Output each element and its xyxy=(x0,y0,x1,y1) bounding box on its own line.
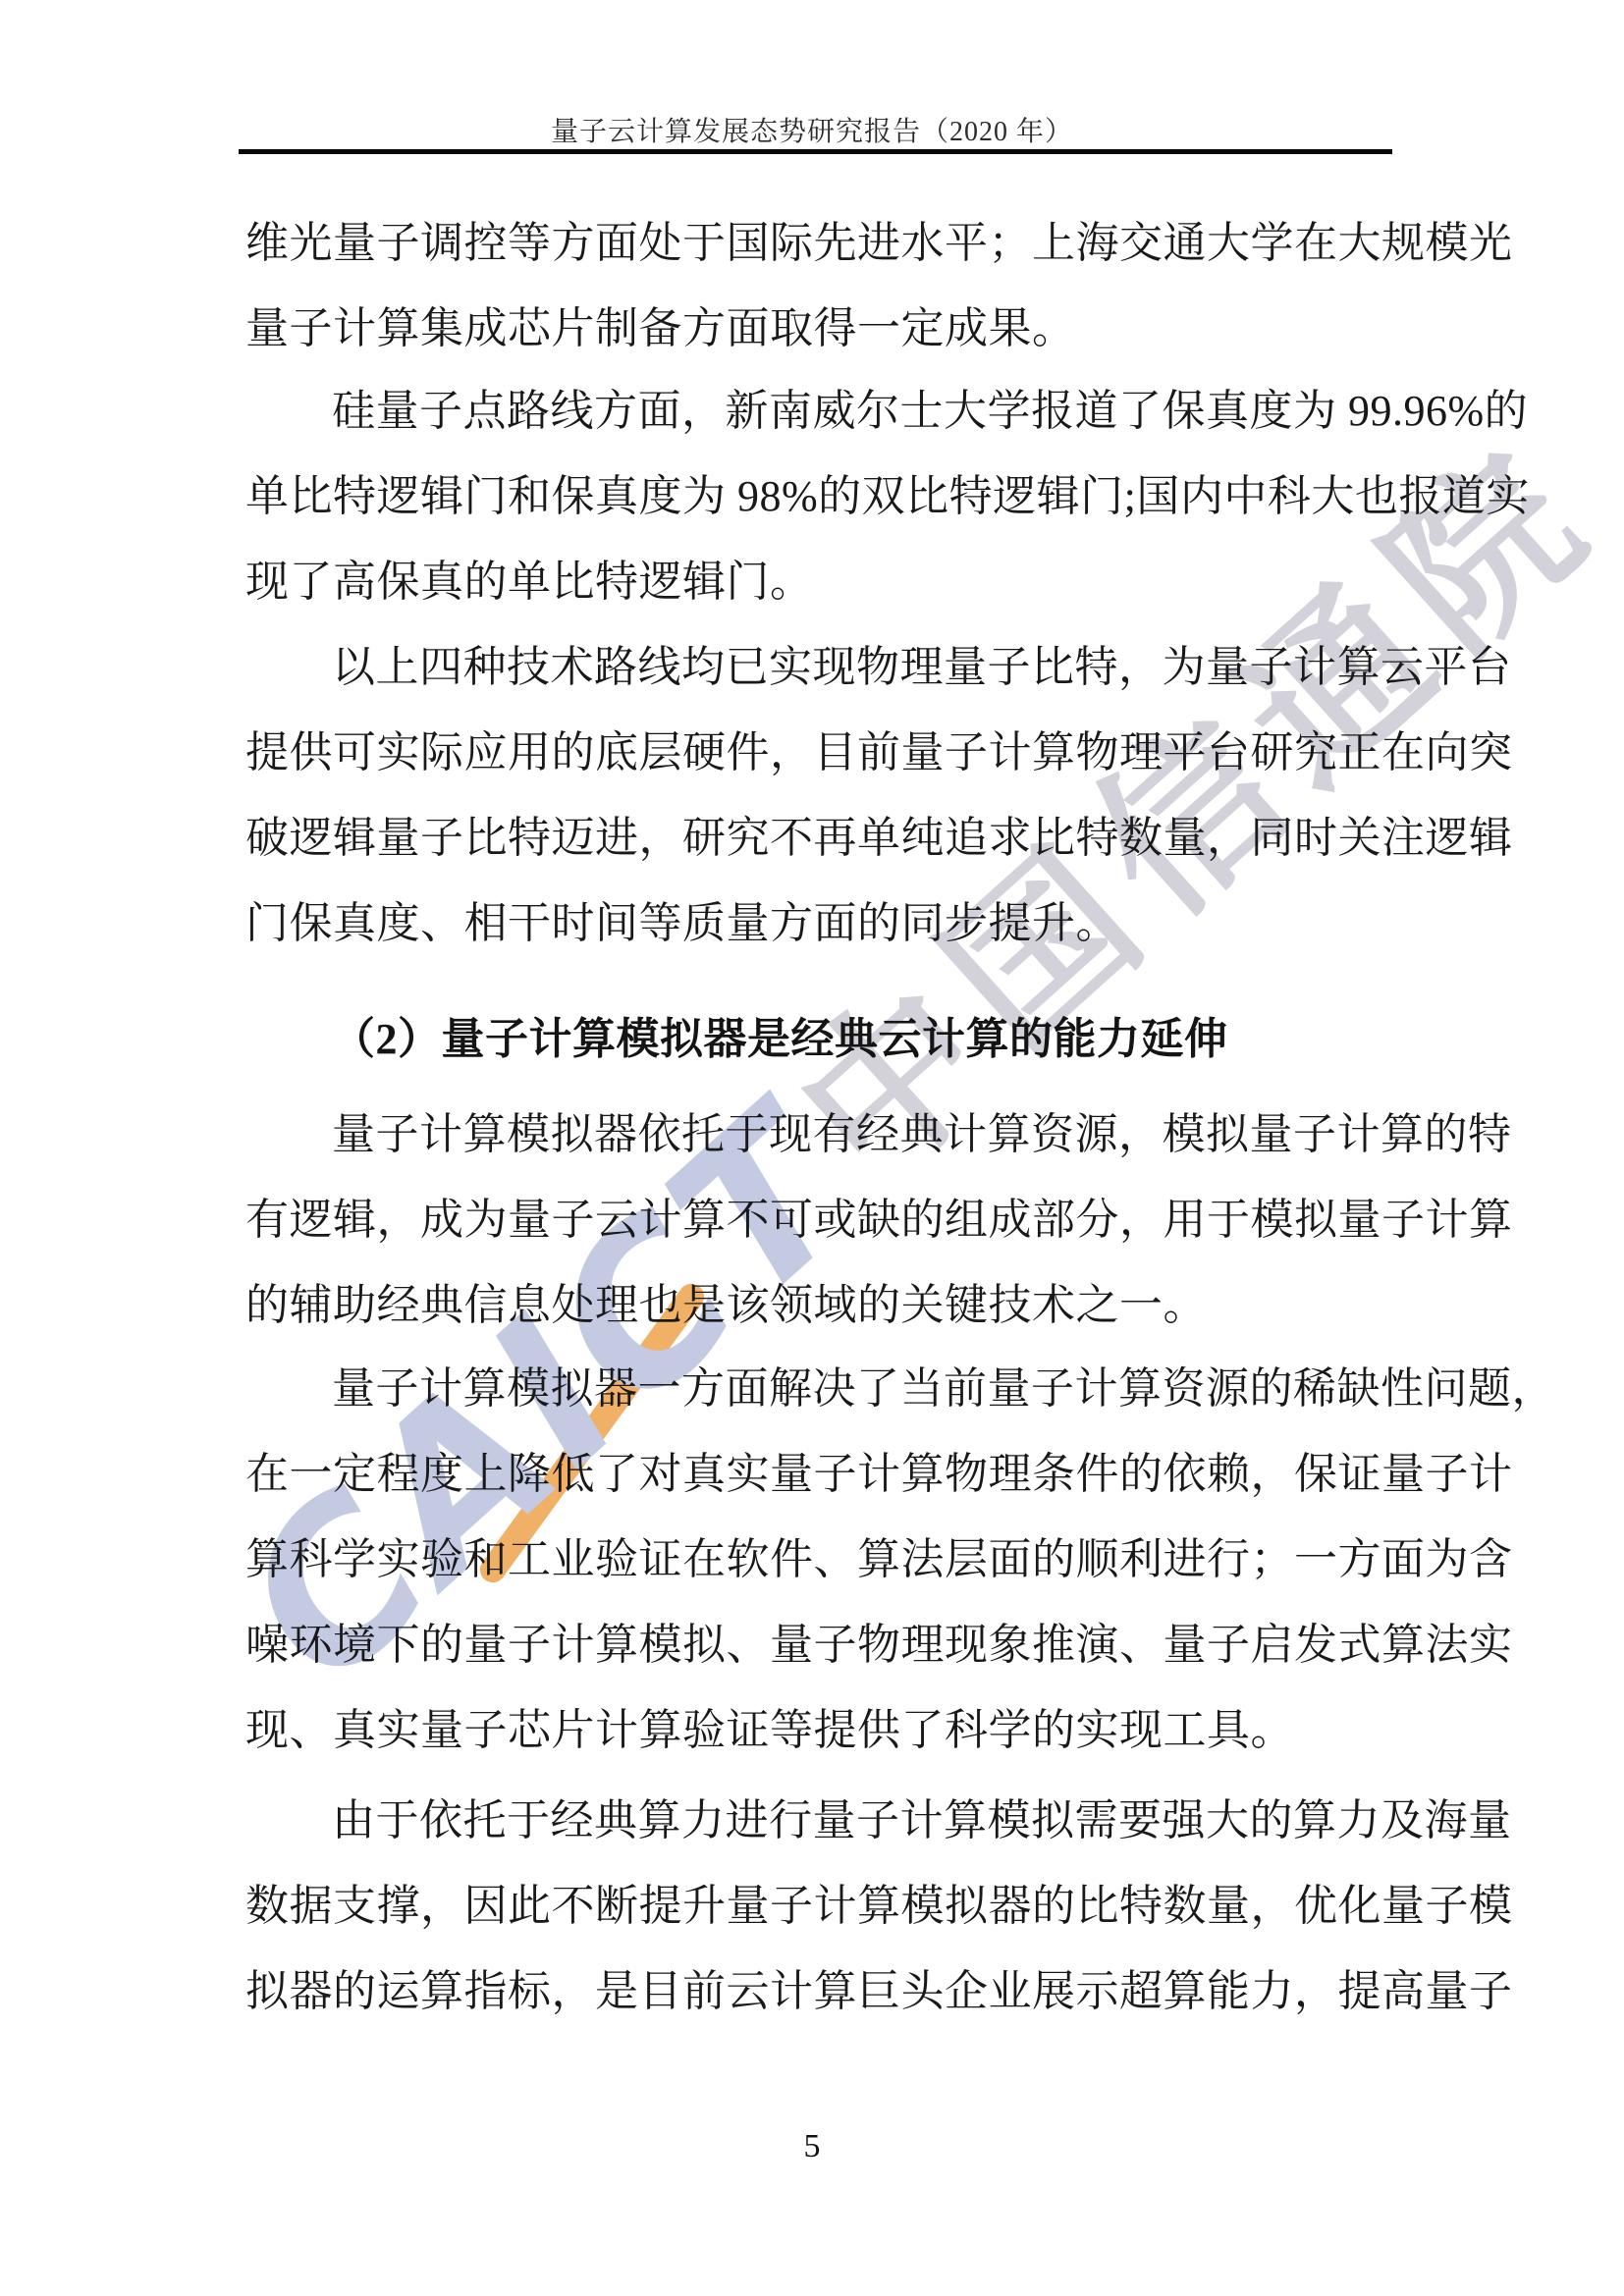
text-line: 量子计算集成芯片制备方面取得一定成果。 xyxy=(245,286,1389,371)
paragraph-6: 由于依托于经典算力进行量子计算模拟需要强大的算力及海量 数据支撑，因此不断提升量… xyxy=(245,1778,1389,2034)
subsection-heading: （2）量子计算模拟器是经典云计算的能力延伸 xyxy=(245,996,1389,1082)
text-line: 噪环境下的量子计算模拟、量子物理现象推演、量子启发式算法实 xyxy=(245,1602,1389,1687)
paragraph-1: 维光量子调控等方面处于国际先进水平；上海交通大学在大规模光 量子计算集成芯片制备… xyxy=(245,200,1389,371)
text-line: 现、真实量子芯片计算验证等提供了科学的实现工具。 xyxy=(245,1687,1389,1773)
text-line: 由于依托于经典算力进行量子计算模拟需要强大的算力及海量 xyxy=(245,1778,1389,1863)
text-line: 现了高保真的单比特逻辑门。 xyxy=(245,539,1389,624)
text-line: 维光量子调控等方面处于国际先进水平；上海交通大学在大规模光 xyxy=(245,200,1389,286)
paragraph-3: 以上四种技术路线均已实现物理量子比特，为量子计算云平台 提供可实际应用的底层硬件… xyxy=(245,624,1389,966)
text-line: 有逻辑，成为量子云计算不可或缺的组成部分，用于模拟量子计算 xyxy=(245,1177,1389,1262)
text-line: 量子计算模拟器依托于现有经典计算资源，模拟量子计算的特 xyxy=(245,1092,1389,1177)
text-line: 拟器的运算指标，是目前云计算巨头企业展示超算能力，提高量子 xyxy=(245,1949,1389,2034)
document-page: CAICT 中国信通院 量子云计算发展态势研究报告（2020 年） 维光量子调控… xyxy=(0,0,1624,2296)
text-line: 的辅助经典信息处理也是该领域的关键技术之一。 xyxy=(245,1262,1389,1348)
text-line: 单比特逻辑门和保真度为 98%的双比特逻辑门;国内中科大也报道实 xyxy=(245,454,1389,539)
text-line: 提供可实际应用的底层硬件，目前量子计算物理平台研究正在向突 xyxy=(245,710,1389,795)
paragraph-2: 硅量子点路线方面，新南威尔士大学报道了保真度为 99.96%的 单比特逻辑门和保… xyxy=(245,368,1389,624)
paragraph-4: 量子计算模拟器依托于现有经典计算资源，模拟量子计算的特 有逻辑，成为量子云计算不… xyxy=(245,1092,1389,1348)
paragraph-5: 量子计算模拟器一方面解决了当前量子计算资源的稀缺性问题， 在一定程度上降低了对真… xyxy=(245,1346,1389,1773)
text-line: 以上四种技术路线均已实现物理量子比特，为量子计算云平台 xyxy=(245,624,1389,710)
text-line: 破逻辑量子比特迈进，研究不再单纯追求比特数量，同时关注逻辑 xyxy=(245,795,1389,881)
text-line: 在一定程度上降低了对真实量子计算物理条件的依赖，保证量子计 xyxy=(245,1431,1389,1517)
text-line: 量子计算模拟器一方面解决了当前量子计算资源的稀缺性问题， xyxy=(245,1346,1389,1431)
header-rule xyxy=(239,149,1392,154)
text-line: 算科学实验和工业验证在软件、算法层面的顺利进行；一方面为含 xyxy=(245,1517,1389,1602)
header-title: 量子云计算发展态势研究报告（2020 年） xyxy=(0,110,1624,149)
text-line: 门保真度、相干时间等质量方面的同步提升。 xyxy=(245,881,1389,966)
heading-line: （2）量子计算模拟器是经典云计算的能力延伸 xyxy=(245,996,1389,1082)
text-line: 数据支撑，因此不断提升量子计算模拟器的比特数量，优化量子模 xyxy=(245,1863,1389,1949)
text-line: 硅量子点路线方面，新南威尔士大学报道了保真度为 99.96%的 xyxy=(245,368,1389,454)
page-number: 5 xyxy=(0,2128,1624,2165)
